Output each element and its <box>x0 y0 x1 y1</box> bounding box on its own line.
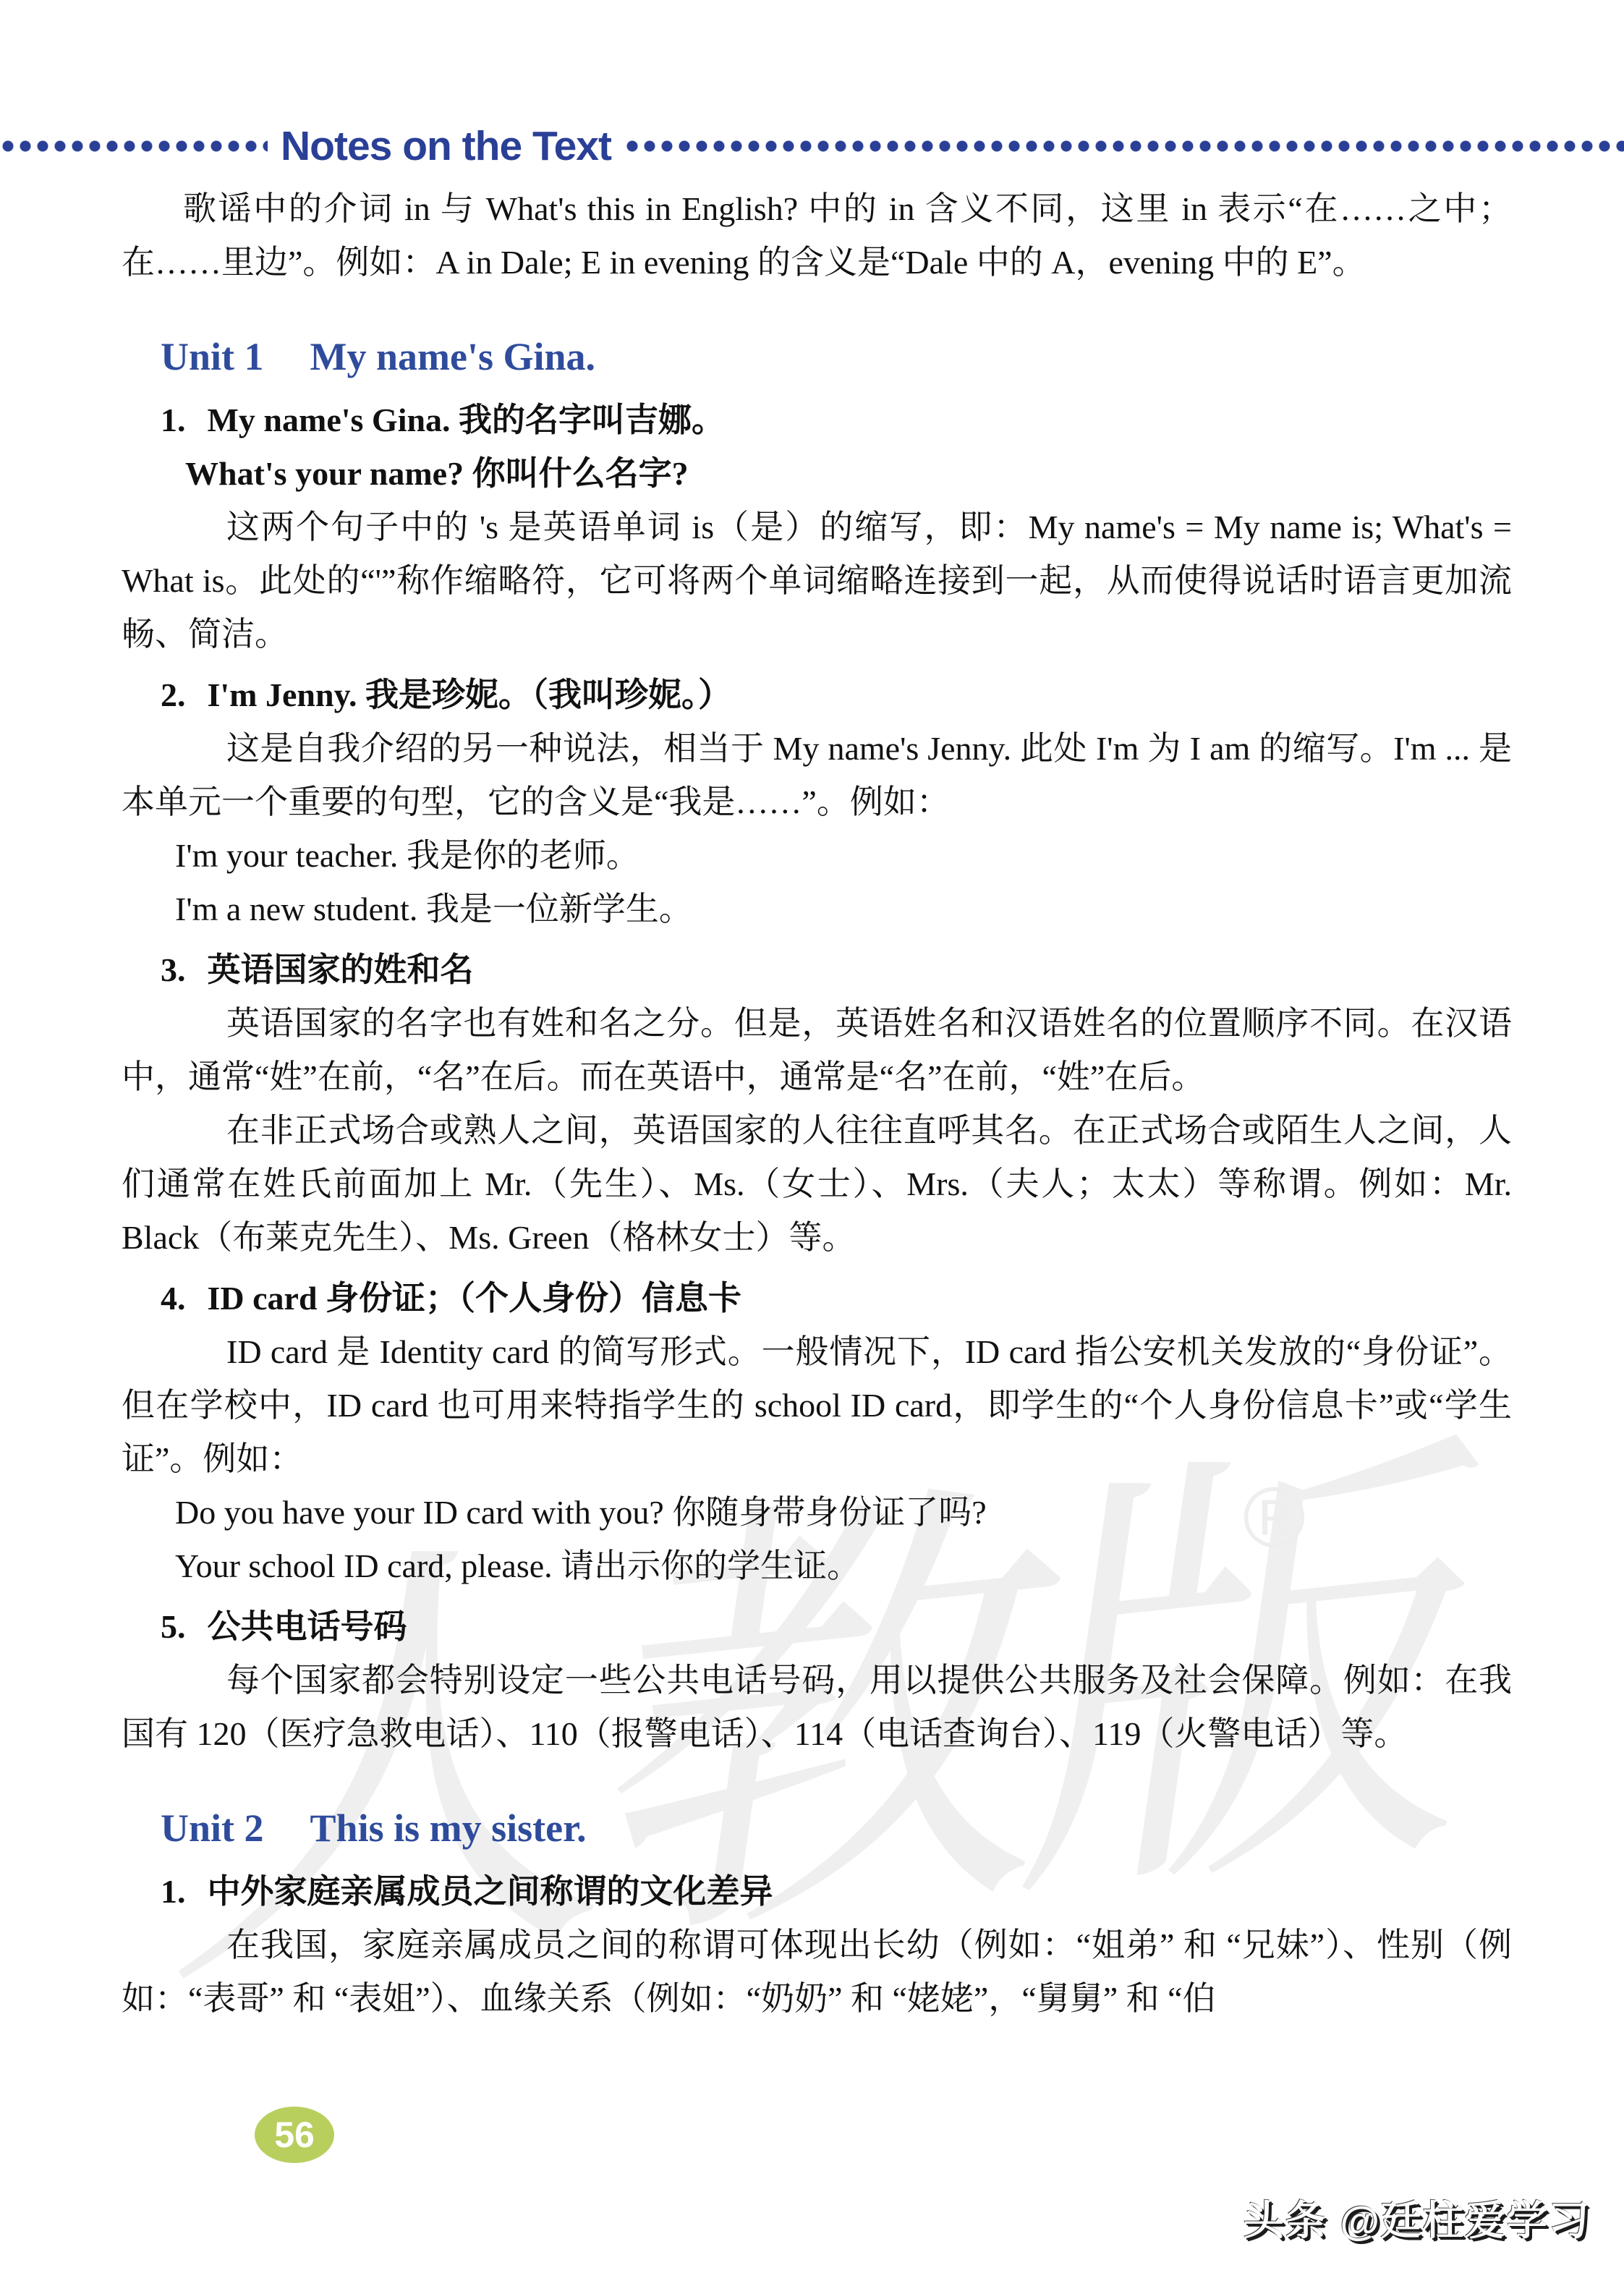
unit-2-title: Unit 2This is my sister. <box>161 1800 1512 1856</box>
dotted-line-left <box>0 139 268 153</box>
example-sentence: I'm your teacher. 我是你的老师。 <box>175 829 1512 883</box>
note-item-2-title: 2.I'm Jenny. 我是珍妮。（我叫珍妮。） <box>161 668 1512 722</box>
note-item-4-title: 4.ID card 身份证；（个人身份）信息卡 <box>161 1272 1512 1325</box>
page-body: 歌谣中的介词 in 与 What's this in English? 中的 i… <box>122 182 1512 2026</box>
unit-1-name: My name's Gina. <box>310 335 596 378</box>
note-item-1: 1.My name's Gina. 我的名字叫吉娜。 What's your n… <box>122 394 1512 661</box>
note-item-2: 2.I'm Jenny. 我是珍妮。（我叫珍妮。） 这是自我介绍的另一种说法，相… <box>122 668 1512 936</box>
note-item-u2-1-heading: 中外家庭亲属成员之间称谓的文化差异 <box>208 1873 773 1910</box>
example-sentence: I'm a new student. 我是一位新学生。 <box>175 883 1512 936</box>
note-item-5: 5.公共电话号码 每个国家都会特别设定一些公共电话号码，用以提供公共服务及社会保… <box>122 1600 1512 1761</box>
note-item-1-number: 1. <box>161 402 186 438</box>
note-item-u2-1-paragraph: 在我国，家庭亲属成员之间的称谓可体现出长幼（例如：“姐弟” 和 “兄妹”）、性别… <box>122 1919 1512 2026</box>
note-item-3: 3.英语国家的姓和名 英语国家的名字也有姓和名之分。但是，英语姓名和汉语姓名的位… <box>122 943 1512 1265</box>
note-item-1-heading: My name's Gina. 我的名字叫吉娜。 <box>208 402 726 438</box>
unit-2-section: Unit 2This is my sister. 1.中外家庭亲属成员之间称谓的… <box>122 1800 1512 2026</box>
unit-1-title: Unit 1My name's Gina. <box>161 328 1512 385</box>
note-item-2-number: 2. <box>161 676 186 713</box>
unit-1-number: Unit 1 <box>161 335 264 378</box>
note-item-u2-1-title: 1.中外家庭亲属成员之间称谓的文化差异 <box>161 1865 1512 1919</box>
intro-paragraph: 歌谣中的介词 in 与 What's this in English? 中的 i… <box>122 182 1512 289</box>
note-item-3-number: 3. <box>161 951 186 988</box>
credit-watermark: 头条 @廷柱爱学习 <box>1243 2189 1591 2247</box>
unit-2-name: This is my sister. <box>310 1806 587 1850</box>
note-item-u2-1-number: 1. <box>161 1873 186 1910</box>
unit-1-section: Unit 1My name's Gina. 1.My name's Gina. … <box>122 328 1512 1761</box>
note-item-2-heading: I'm Jenny. 我是珍妮。（我叫珍妮。） <box>208 676 732 713</box>
page-title: Notes on the Text <box>281 124 611 168</box>
note-item-4-heading: ID card 身份证；（个人身份）信息卡 <box>208 1280 742 1317</box>
note-item-5-number: 5. <box>161 1608 186 1645</box>
example-sentence: Do you have your ID card with you? 你随身带身… <box>175 1486 1512 1539</box>
example-sentence: Your school ID card, please. 请出示你的学生证。 <box>175 1539 1512 1593</box>
note-item-4: 4.ID card 身份证；（个人身份）信息卡 ID card 是 Identi… <box>122 1272 1512 1593</box>
unit-2-number: Unit 2 <box>161 1806 264 1850</box>
page-number-badge: 56 <box>255 2107 334 2163</box>
textbook-page: 人教版 ® Notes on the Text 歌谣中的介词 in 与 What… <box>0 0 1624 2273</box>
note-item-5-heading: 公共电话号码 <box>208 1608 407 1645</box>
note-item-1-subtitle: What's your name? 你叫什么名字? <box>185 447 1512 501</box>
note-item-1-title: 1.My name's Gina. 我的名字叫吉娜。 <box>161 394 1512 447</box>
note-item-5-title: 5.公共电话号码 <box>161 1600 1512 1654</box>
note-item-3-paragraph-1: 英语国家的名字也有姓和名之分。但是，英语姓名和汉语姓名的位置顺序不同。在汉语中，… <box>122 997 1512 1104</box>
dotted-line-right <box>624 139 1624 153</box>
note-item-4-paragraph: ID card 是 Identity card 的简写形式。一般情况下，ID c… <box>122 1325 1512 1486</box>
note-item-3-heading: 英语国家的姓和名 <box>208 951 474 988</box>
note-item-5-paragraph: 每个国家都会特别设定一些公共电话号码，用以提供公共服务及社会保障。例如：在我国有… <box>122 1654 1512 1761</box>
note-item-3-paragraph-2: 在非正式场合或熟人之间，英语国家的人往往直呼其名。在正式场合或陌生人之间，人们通… <box>122 1104 1512 1265</box>
page-number-value: 56 <box>274 2114 315 2156</box>
note-item-1-paragraph: 这两个句子中的 's 是英语单词 is（是）的缩写，即：My name's = … <box>122 501 1512 661</box>
note-item-u2-1: 1.中外家庭亲属成员之间称谓的文化差异 在我国，家庭亲属成员之间的称谓可体现出长… <box>122 1865 1512 2026</box>
note-item-3-title: 3.英语国家的姓和名 <box>161 943 1512 997</box>
note-item-4-number: 4. <box>161 1280 186 1317</box>
note-item-2-paragraph: 这是自我介绍的另一种说法，相当于 My name's Jenny. 此处 I'm… <box>122 722 1512 829</box>
section-header: Notes on the Text <box>0 124 1624 168</box>
